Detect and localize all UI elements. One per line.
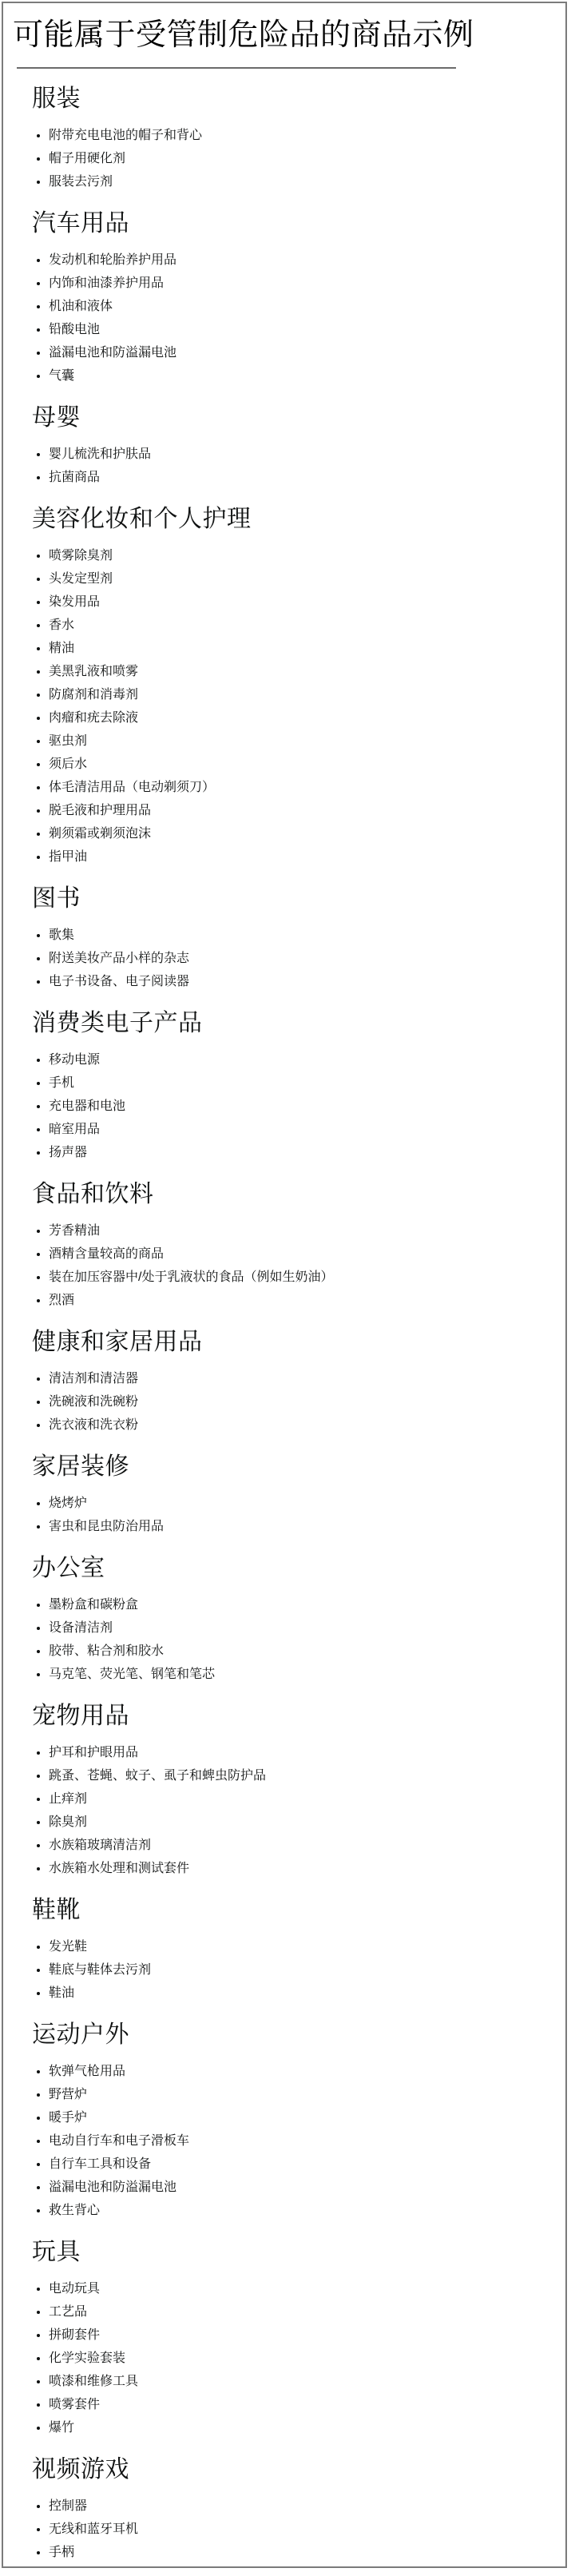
section-heading-4: 美容化妆和个人护理 bbox=[32, 503, 565, 535]
list-item: 野营炉 bbox=[49, 2083, 565, 2106]
category-section: 视频游戏 控制器无线和蓝牙耳机手柄 bbox=[3, 2454, 565, 2564]
list-item: 溢漏电池和防溢漏电池 bbox=[49, 341, 565, 364]
list-item: 害虫和昆虫防治用品 bbox=[49, 1515, 565, 1538]
title-divider bbox=[17, 67, 456, 69]
list-item: 附送美妆产品小样的杂志 bbox=[49, 947, 565, 970]
list-item: 烧烤炉 bbox=[49, 1492, 565, 1515]
list-item: 肉瘤和疣去除液 bbox=[49, 706, 565, 729]
list-item: 芳香精油 bbox=[49, 1219, 565, 1242]
list-item: 墨粉盒和碳粉盒 bbox=[49, 1593, 565, 1616]
page-title: 可能属于受管制危险品的商品示例 bbox=[13, 14, 565, 56]
list-item: 无线和蓝牙耳机 bbox=[49, 2518, 565, 2541]
section-heading-7: 食品和饮料 bbox=[32, 1179, 565, 1210]
list-item: 护耳和护眼用品 bbox=[49, 1741, 565, 1764]
section-heading-12: 鞋靴 bbox=[32, 1894, 565, 1926]
list-item: 指甲油 bbox=[49, 845, 565, 869]
list-item: 控制器 bbox=[49, 2495, 565, 2518]
category-section: 办公室 墨粉盒和碳粉盒设备清洁剂胶带、粘合剂和胶水马克笔、荧光笔、钢笔和笔芯 bbox=[3, 1552, 565, 1686]
list-item: 胶带、粘合剂和胶水 bbox=[49, 1640, 565, 1663]
section-heading-2: 汽车用品 bbox=[32, 208, 565, 240]
list-item: 洗碗液和洗碗粉 bbox=[49, 1390, 565, 1413]
item-list: 控制器无线和蓝牙耳机手柄 bbox=[3, 2495, 565, 2564]
list-item: 喷漆和维修工具 bbox=[49, 2370, 565, 2393]
list-item: 香水 bbox=[49, 614, 565, 637]
category-section: 宠物用品 护耳和护眼用品跳蚤、苍蝇、蚊子、虱子和蜱虫防护品止痒剂除臭剂水族箱玻璃… bbox=[3, 1700, 565, 1880]
category-section: 服装 附带充电电池的帽子和背心帽子用硬化剂服装去污剂 bbox=[3, 83, 565, 193]
list-item: 暗室用品 bbox=[49, 1118, 565, 1141]
list-item: 跳蚤、苍蝇、蚊子、虱子和蜱虫防护品 bbox=[49, 1764, 565, 1787]
list-item: 软弹气枪用品 bbox=[49, 2060, 565, 2083]
item-list: 墨粉盒和碳粉盒设备清洁剂胶带、粘合剂和胶水马克笔、荧光笔、钢笔和笔芯 bbox=[3, 1593, 565, 1686]
item-list: 附带充电电池的帽子和背心帽子用硬化剂服装去污剂 bbox=[3, 124, 565, 193]
list-item: 剃须霜或剃须泡沫 bbox=[49, 822, 565, 845]
list-item: 婴儿梳洗和护肤品 bbox=[49, 443, 565, 466]
list-item: 喷雾除臭剂 bbox=[49, 544, 565, 567]
list-item: 鞋底与鞋体去污剂 bbox=[49, 1958, 565, 1982]
list-item: 驱虫剂 bbox=[49, 729, 565, 753]
section-heading-14: 玩具 bbox=[32, 2236, 565, 2268]
category-section: 家居装修 烧烤炉害虫和昆虫防治用品 bbox=[3, 1451, 565, 1538]
section-heading-9: 家居装修 bbox=[32, 1451, 565, 1483]
list-item: 马克笔、荧光笔、钢笔和笔芯 bbox=[49, 1663, 565, 1686]
list-item: 清洁剂和清洁器 bbox=[49, 1367, 565, 1390]
page-frame: 可能属于受管制危险品的商品示例 服装 附带充电电池的帽子和背心帽子用硬化剂服装去… bbox=[2, 2, 567, 2568]
list-item: 帽子用硬化剂 bbox=[49, 147, 565, 170]
item-list: 移动电源手机充电器和电池暗室用品扬声器 bbox=[3, 1048, 565, 1164]
category-section: 玩具 电动玩具工艺品拼砌套件化学实验套装喷漆和维修工具喷雾套件爆竹 bbox=[3, 2236, 565, 2439]
list-item: 暖手炉 bbox=[49, 2106, 565, 2129]
list-item: 脱毛液和护理用品 bbox=[49, 799, 565, 822]
list-item: 止痒剂 bbox=[49, 1787, 565, 1811]
list-item: 手柄 bbox=[49, 2541, 565, 2564]
item-list: 护耳和护眼用品跳蚤、苍蝇、蚊子、虱子和蜱虫防护品止痒剂除臭剂水族箱玻璃清洁剂水族… bbox=[3, 1741, 565, 1880]
list-item: 化学实验套装 bbox=[49, 2347, 565, 2370]
category-section: 美容化妆和个人护理 喷雾除臭剂头发定型剂染发用品香水精油美黑乳液和喷雾防腐剂和消… bbox=[3, 503, 565, 869]
list-item: 手机 bbox=[49, 1071, 565, 1095]
category-section: 鞋靴 发光鞋鞋底与鞋体去污剂鞋油 bbox=[3, 1894, 565, 2005]
list-item: 洗衣液和洗衣粉 bbox=[49, 1413, 565, 1437]
list-item: 救生背心 bbox=[49, 2199, 565, 2222]
list-item: 铅酸电池 bbox=[49, 318, 565, 341]
list-item: 精油 bbox=[49, 637, 565, 660]
item-list: 芳香精油酒精含量较高的商品装在加压容器中/处于乳液状的食品（例如生奶油）烈酒 bbox=[3, 1219, 565, 1312]
item-list: 软弹气枪用品野营炉暖手炉电动自行车和电子滑板车自行车工具和设备溢漏电池和防溢漏电… bbox=[3, 2060, 565, 2222]
page: { "page": { "title": "可能属于受管制危险品的商品示例" }… bbox=[0, 0, 575, 2576]
item-list: 喷雾除臭剂头发定型剂染发用品香水精油美黑乳液和喷雾防腐剂和消毒剂肉瘤和疣去除液驱… bbox=[3, 544, 565, 869]
list-item: 抗菌商品 bbox=[49, 466, 565, 489]
section-heading-5: 图书 bbox=[32, 883, 565, 915]
list-item: 拼砌套件 bbox=[49, 2324, 565, 2347]
list-item: 服装去污剂 bbox=[49, 170, 565, 193]
item-list: 清洁剂和清洁器洗碗液和洗碗粉洗衣液和洗衣粉 bbox=[3, 1367, 565, 1437]
list-item: 歌集 bbox=[49, 924, 565, 947]
category-section: 图书 歌集附送美妆产品小样的杂志电子书设备、电子阅读器 bbox=[3, 883, 565, 993]
section-heading-13: 运动户外 bbox=[32, 2019, 565, 2051]
list-item: 须后水 bbox=[49, 753, 565, 776]
category-section: 食品和饮料 芳香精油酒精含量较高的商品装在加压容器中/处于乳液状的食品（例如生奶… bbox=[3, 1179, 565, 1312]
list-item: 气囊 bbox=[49, 364, 565, 388]
item-list: 发动机和轮胎养护用品内饰和油漆养护用品机油和液体铅酸电池溢漏电池和防溢漏电池气囊 bbox=[3, 248, 565, 388]
item-list: 歌集附送美妆产品小样的杂志电子书设备、电子阅读器 bbox=[3, 924, 565, 993]
section-heading-3: 母婴 bbox=[32, 402, 565, 434]
list-item: 设备清洁剂 bbox=[49, 1616, 565, 1640]
list-item: 电动自行车和电子滑板车 bbox=[49, 2129, 565, 2153]
list-item: 染发用品 bbox=[49, 590, 565, 614]
list-item: 体毛清洁用品（电动剃须刀） bbox=[49, 776, 565, 799]
list-item: 发光鞋 bbox=[49, 1935, 565, 1958]
list-item: 电动玩具 bbox=[49, 2277, 565, 2300]
list-item: 机油和液体 bbox=[49, 295, 565, 318]
list-item: 内饰和油漆养护用品 bbox=[49, 272, 565, 295]
list-item: 水族箱玻璃清洁剂 bbox=[49, 1834, 565, 1857]
list-item: 爆竹 bbox=[49, 2416, 565, 2439]
list-item: 扬声器 bbox=[49, 1141, 565, 1164]
list-item: 工艺品 bbox=[49, 2300, 565, 2324]
list-item: 附带充电电池的帽子和背心 bbox=[49, 124, 565, 147]
category-section: 健康和家居用品 清洁剂和清洁器洗碗液和洗碗粉洗衣液和洗衣粉 bbox=[3, 1326, 565, 1437]
item-list: 电动玩具工艺品拼砌套件化学实验套装喷漆和维修工具喷雾套件爆竹 bbox=[3, 2277, 565, 2439]
list-item: 鞋油 bbox=[49, 1982, 565, 2005]
list-item: 酒精含量较高的商品 bbox=[49, 1242, 565, 1266]
list-item: 喷雾套件 bbox=[49, 2393, 565, 2416]
section-heading-15: 视频游戏 bbox=[32, 2454, 565, 2486]
list-item: 电子书设备、电子阅读器 bbox=[49, 970, 565, 993]
category-section: 汽车用品 发动机和轮胎养护用品内饰和油漆养护用品机油和液体铅酸电池溢漏电池和防溢… bbox=[3, 208, 565, 388]
list-item: 除臭剂 bbox=[49, 1811, 565, 1834]
category-section: 消费类电子产品 移动电源手机充电器和电池暗室用品扬声器 bbox=[3, 1008, 565, 1164]
section-heading-10: 办公室 bbox=[32, 1552, 565, 1584]
item-list: 烧烤炉害虫和昆虫防治用品 bbox=[3, 1492, 565, 1538]
list-item: 防腐剂和消毒剂 bbox=[49, 683, 565, 706]
sections-container: 服装 附带充电电池的帽子和背心帽子用硬化剂服装去污剂 汽车用品 发动机和轮胎养护… bbox=[3, 83, 565, 2564]
item-list: 发光鞋鞋底与鞋体去污剂鞋油 bbox=[3, 1935, 565, 2005]
list-item: 充电器和电池 bbox=[49, 1095, 565, 1118]
section-heading-8: 健康和家居用品 bbox=[32, 1326, 565, 1358]
list-item: 发动机和轮胎养护用品 bbox=[49, 248, 565, 272]
category-section: 运动户外 软弹气枪用品野营炉暖手炉电动自行车和电子滑板车自行车工具和设备溢漏电池… bbox=[3, 2019, 565, 2222]
list-item: 美黑乳液和喷雾 bbox=[49, 660, 565, 683]
section-heading-6: 消费类电子产品 bbox=[32, 1008, 565, 1040]
list-item: 烈酒 bbox=[49, 1289, 565, 1312]
section-heading-11: 宠物用品 bbox=[32, 1700, 565, 1732]
list-item: 移动电源 bbox=[49, 1048, 565, 1071]
list-item: 溢漏电池和防溢漏电池 bbox=[49, 2176, 565, 2199]
list-item: 水族箱水处理和测试套件 bbox=[49, 1857, 565, 1880]
list-item: 自行车工具和设备 bbox=[49, 2153, 565, 2176]
list-item: 头发定型剂 bbox=[49, 567, 565, 590]
item-list: 婴儿梳洗和护肤品抗菌商品 bbox=[3, 443, 565, 489]
list-item: 装在加压容器中/处于乳液状的食品（例如生奶油） bbox=[49, 1266, 565, 1289]
section-heading-1: 服装 bbox=[32, 83, 565, 115]
category-section: 母婴 婴儿梳洗和护肤品抗菌商品 bbox=[3, 402, 565, 489]
